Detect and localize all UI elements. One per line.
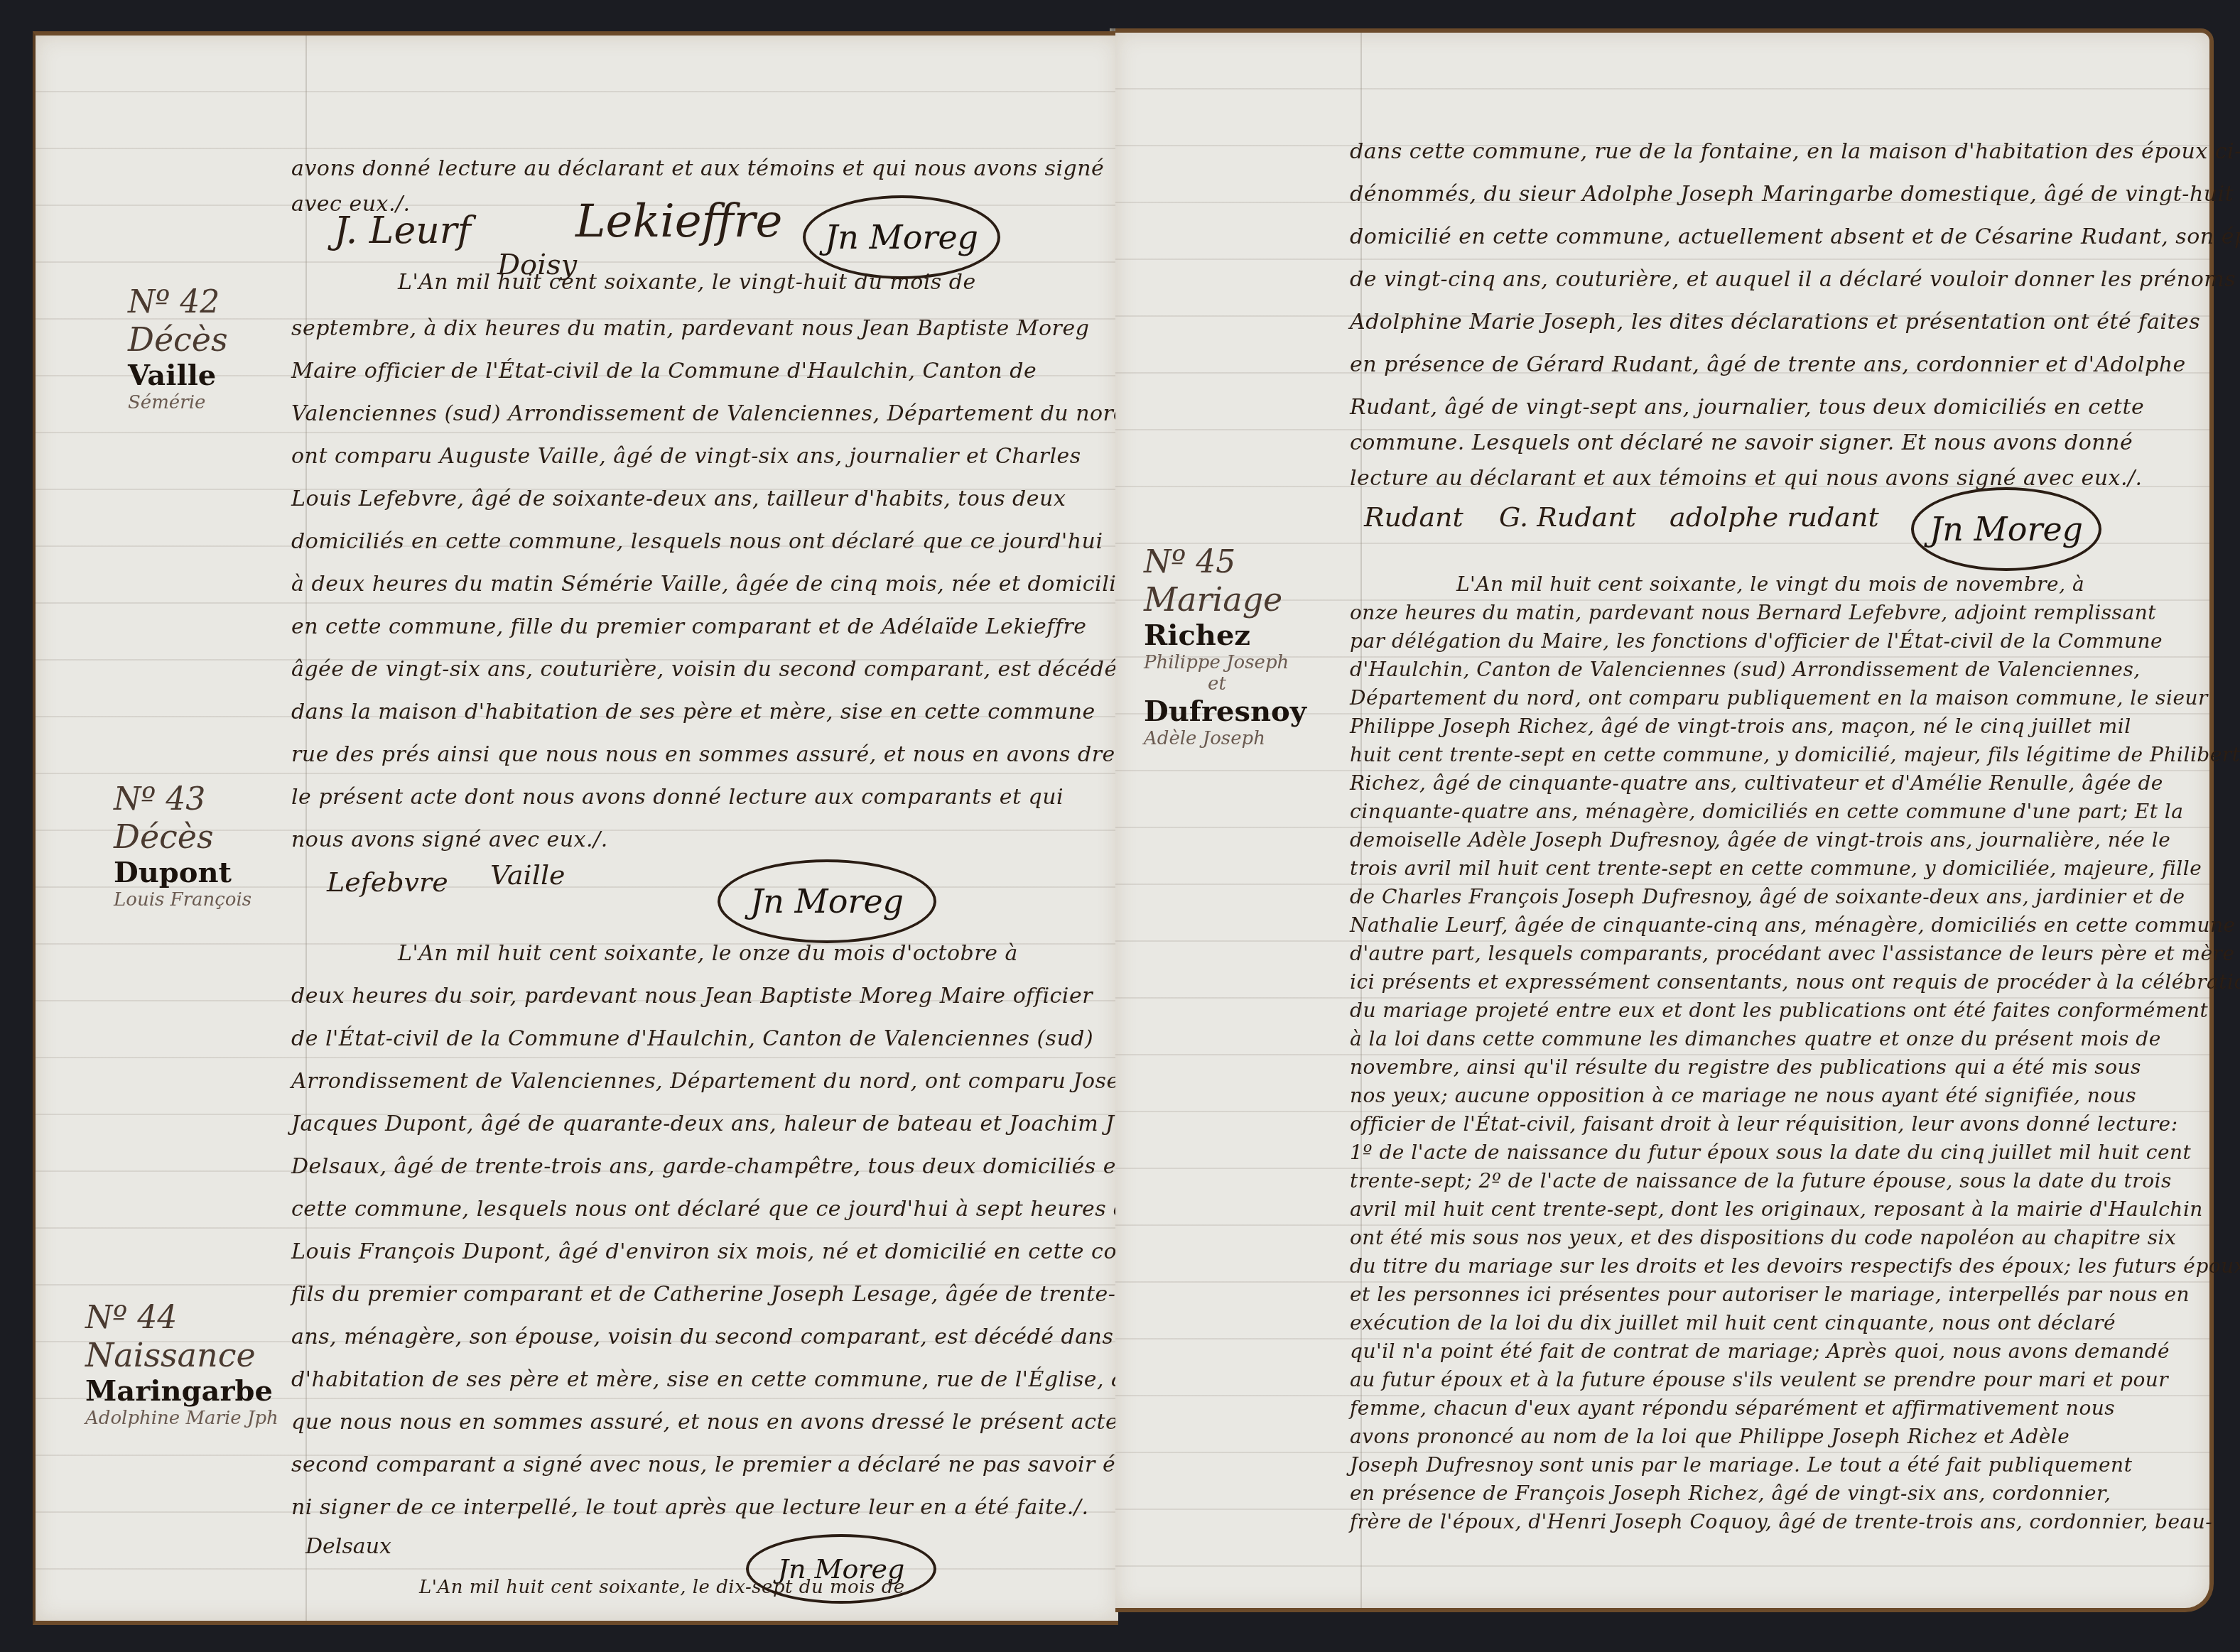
- text-line: de l'État-civil de la Commune d'Haulchin…: [291, 1026, 1093, 1051]
- text-line: Louis Lefebvre, âgé de soixante-deux ans…: [291, 487, 1066, 511]
- text-line: Jacques Dupont, âgé de quarante-deux ans…: [291, 1112, 1180, 1136]
- text-line: de Charles François Joseph Dufresnoy, âg…: [1350, 885, 2185, 908]
- text-line: trente-sept; 2º de l'acte de naissance d…: [1350, 1169, 2172, 1192]
- margin-note-entry-45: Nº 45 Mariage Richez Philippe Joseph et …: [1144, 544, 1306, 749]
- text-line: commune. Lesquels ont déclaré ne savoir …: [1350, 430, 2133, 455]
- signature: G. Rudant: [1499, 501, 1636, 533]
- signature: Lekieffre: [575, 195, 782, 248]
- text-line: Louis François Dupont, âgé d'environ six…: [291, 1239, 1206, 1264]
- entry-given-name: Louis François: [114, 889, 251, 911]
- entry-number: Nº 42: [128, 284, 228, 320]
- signature: J. Leurf: [334, 210, 471, 252]
- text-line: trois avril mil huit cent trente-sept en…: [1350, 857, 2202, 880]
- right-page: dans cette commune, rue de la fontaine, …: [1115, 28, 2214, 1612]
- text-line: avril mil huit cent trente-sept, dont le…: [1350, 1197, 2203, 1221]
- text-line: deux heures du soir, pardevant nous Jean…: [291, 984, 1093, 1009]
- text-line: frère de l'époux, d'Henri Joseph Coquoy,…: [1350, 1510, 2212, 1533]
- text-line: nous avons signé avec eux./.: [291, 827, 608, 852]
- text-line: et les personnes ici présentes pour auto…: [1350, 1283, 2190, 1306]
- text-line: septembre, à dix heures du matin, pardev…: [291, 316, 1089, 341]
- text-line: d'habitation de ses père et mère, sise e…: [291, 1367, 1164, 1392]
- bride-surname: Dufresnoy: [1144, 695, 1306, 728]
- text-line: ont comparu Auguste Vaille, âgé de vingt…: [291, 444, 1081, 469]
- left-page: avons donné lecture au déclarant et aux …: [33, 31, 1118, 1625]
- text-line: ont été mis sous nos yeux, et des dispos…: [1350, 1226, 2176, 1249]
- text-line: Joseph Dufresnoy sont unis par le mariag…: [1350, 1453, 2132, 1477]
- text-line: L'An mil huit cent soixante, le dix-sept…: [419, 1577, 905, 1598]
- text-line: dans la maison d'habitation de ses père …: [291, 700, 1095, 724]
- text-line: L'An mil huit cent soixante, le vingt-hu…: [398, 270, 976, 295]
- text-line: ici présents et expressément consentants…: [1350, 970, 2240, 994]
- text-line: d'autre part, lesquels comparants, procé…: [1350, 942, 2235, 965]
- text-line: Arrondissement de Valenciennes, Départem…: [291, 1069, 1147, 1094]
- text-line: par délégation du Maire, les fonctions d…: [1350, 629, 2163, 653]
- text-line: cette commune, lesquels nous ont déclaré…: [291, 1197, 1213, 1222]
- text-line: avons donné lecture au déclarant et aux …: [291, 156, 1104, 181]
- text-line: à deux heures du matin Sémérie Vaille, â…: [291, 572, 1142, 597]
- text-line: qu'il n'a point été fait de contrat de m…: [1350, 1339, 2170, 1363]
- mayor-seal-signature: Jn Moreg: [1911, 487, 2101, 571]
- text-line: âgée de vingt-six ans, couturière, voisi…: [291, 657, 1130, 682]
- entry-type: Décès: [114, 817, 251, 856]
- text-line: dans cette commune, rue de la fontaine, …: [1350, 139, 2240, 164]
- text-line: nos yeux; aucune opposition à ce mariage…: [1350, 1084, 2136, 1107]
- text-line: exécution de la loi du dix juillet mil h…: [1350, 1311, 2116, 1335]
- text-line: femme, chacun d'eux ayant répondu séparé…: [1350, 1396, 2115, 1420]
- text-line: ans, ménagère, son épouse, voisin du sec…: [291, 1325, 1228, 1349]
- text-line: avons prononcé au nom de la loi que Phil…: [1350, 1425, 2069, 1448]
- text-line: Nathalie Leurf, âgée de cinquante-cinq a…: [1350, 913, 2236, 937]
- text-line: officier de l'État-civil, faisant droit …: [1350, 1112, 2178, 1136]
- groom-given-name: Philippe Joseph: [1144, 652, 1306, 673]
- text-line: Adolphine Marie Joseph, les dites déclar…: [1350, 310, 2200, 335]
- text-line: en présence de Gérard Rudant, âgé de tre…: [1350, 352, 2186, 377]
- text-line: Philippe Joseph Richez, âgé de vingt-tro…: [1350, 714, 2131, 738]
- text-line: domiciliés en cette commune, lesquels no…: [291, 529, 1103, 554]
- signature: Lefebvre: [327, 866, 448, 898]
- mayor-seal-signature: Jn Moreg: [718, 859, 936, 943]
- text-line: L'An mil huit cent soixante, le onze du …: [398, 941, 1018, 966]
- text-line: dénommés, du sieur Adolphe Joseph Maring…: [1350, 182, 2240, 207]
- entry-type: Mariage: [1144, 580, 1306, 619]
- text-line: Rudant, âgé de vingt-sept ans, journalie…: [1350, 395, 2144, 420]
- text-line: novembre, ainsi qu'il résulte du registr…: [1350, 1055, 2141, 1079]
- text-line: de vingt-cinq ans, couturière, et auquel…: [1350, 267, 2240, 292]
- text-line: fils du premier comparant et de Catherin…: [291, 1282, 1167, 1307]
- entry-type: Décès: [128, 320, 228, 359]
- entry-surname: Maringarbe: [85, 1374, 278, 1408]
- signature: Vaille: [490, 859, 566, 891]
- text-line: lecture au déclarant et aux témoins et q…: [1350, 466, 2143, 491]
- entry-given-name: Sémérie: [128, 392, 228, 413]
- text-line: domicilié en cette commune, actuellement…: [1350, 224, 2240, 249]
- signature: Delsaux: [305, 1534, 391, 1559]
- text-line: du titre du mariage sur les droits et le…: [1350, 1254, 2240, 1278]
- signature: adolphe rudant: [1670, 501, 1879, 533]
- signature: Rudant: [1364, 501, 1463, 533]
- text-line: Richez, âgé de cinquante-quatre ans, cul…: [1350, 771, 2163, 795]
- entry-surname: Dupont: [114, 856, 251, 889]
- connector: et: [1144, 673, 1306, 695]
- entry-44-body: Delsaux Jn Moreg L'An mil huit cent soix…: [291, 1534, 1087, 1612]
- mayor-seal-signature: Jn Moreg: [803, 195, 1000, 279]
- text-line: cinquante-quatre ans, ménagère, domicili…: [1350, 800, 2183, 823]
- text-line: Maire officier de l'État-civil de la Com…: [291, 359, 1037, 384]
- text-line: que nous nous en sommes assuré, et nous …: [291, 1410, 1201, 1435]
- entry-surname: Vaille: [128, 359, 228, 392]
- text-line: le présent acte dont nous avons donné le…: [291, 785, 1064, 810]
- text-line: second comparant a signé avec nous, le p…: [291, 1452, 1169, 1477]
- text-line: demoiselle Adèle Joseph Dufresnoy, âgée …: [1350, 828, 2170, 852]
- entry-given-name: Adolphine Marie Jph: [85, 1408, 278, 1429]
- margin-note-entry-42: Nº 42 Décès Vaille Sémérie: [128, 284, 228, 413]
- margin-note-entry-43: Nº 43 Décès Dupont Louis François: [114, 781, 251, 911]
- text-line: onze heures du matin, pardevant nous Ber…: [1350, 601, 2156, 624]
- text-line: L'An mil huit cent soixante, le vingt du…: [1456, 572, 2084, 596]
- text-line: Département du nord, ont comparu publiqu…: [1350, 686, 2208, 710]
- text-line: d'Haulchin, Canton de Valenciennes (sud)…: [1350, 658, 2141, 681]
- bride-given-name: Adèle Joseph: [1144, 728, 1306, 749]
- text-line: du mariage projeté entre eux et dont les…: [1350, 999, 2208, 1022]
- margin-note-entry-44: Nº 44 Naissance Maringarbe Adolphine Mar…: [85, 1300, 278, 1429]
- text-line: au futur époux et à la future épouse s'i…: [1350, 1368, 2168, 1391]
- entry-number: Nº 44: [85, 1300, 278, 1336]
- text-line: en présence de François Joseph Richez, â…: [1350, 1482, 2111, 1505]
- text-line: Valenciennes (sud) Arrondissement de Val…: [291, 401, 1127, 426]
- text-line: huit cent trente-sept en cette commune, …: [1350, 743, 2240, 766]
- entry-type: Naissance: [85, 1336, 278, 1374]
- text-line: en cette commune, fille du premier compa…: [291, 614, 1087, 639]
- text-line: rue des prés ainsi que nous nous en somm…: [291, 742, 1151, 767]
- groom-surname: Richez: [1144, 619, 1306, 652]
- text-line: ni signer de ce interpellé, le tout aprè…: [291, 1495, 1088, 1520]
- text-line: 1º de l'acte de naissance du futur époux…: [1350, 1141, 2191, 1164]
- text-line: Delsaux, âgé de trente-trois ans, garde-…: [291, 1154, 1130, 1179]
- text-line: à la loi dans cette commune les dimanche…: [1350, 1027, 2161, 1050]
- entry-number: Nº 45: [1144, 544, 1306, 580]
- entry-number: Nº 43: [114, 781, 251, 817]
